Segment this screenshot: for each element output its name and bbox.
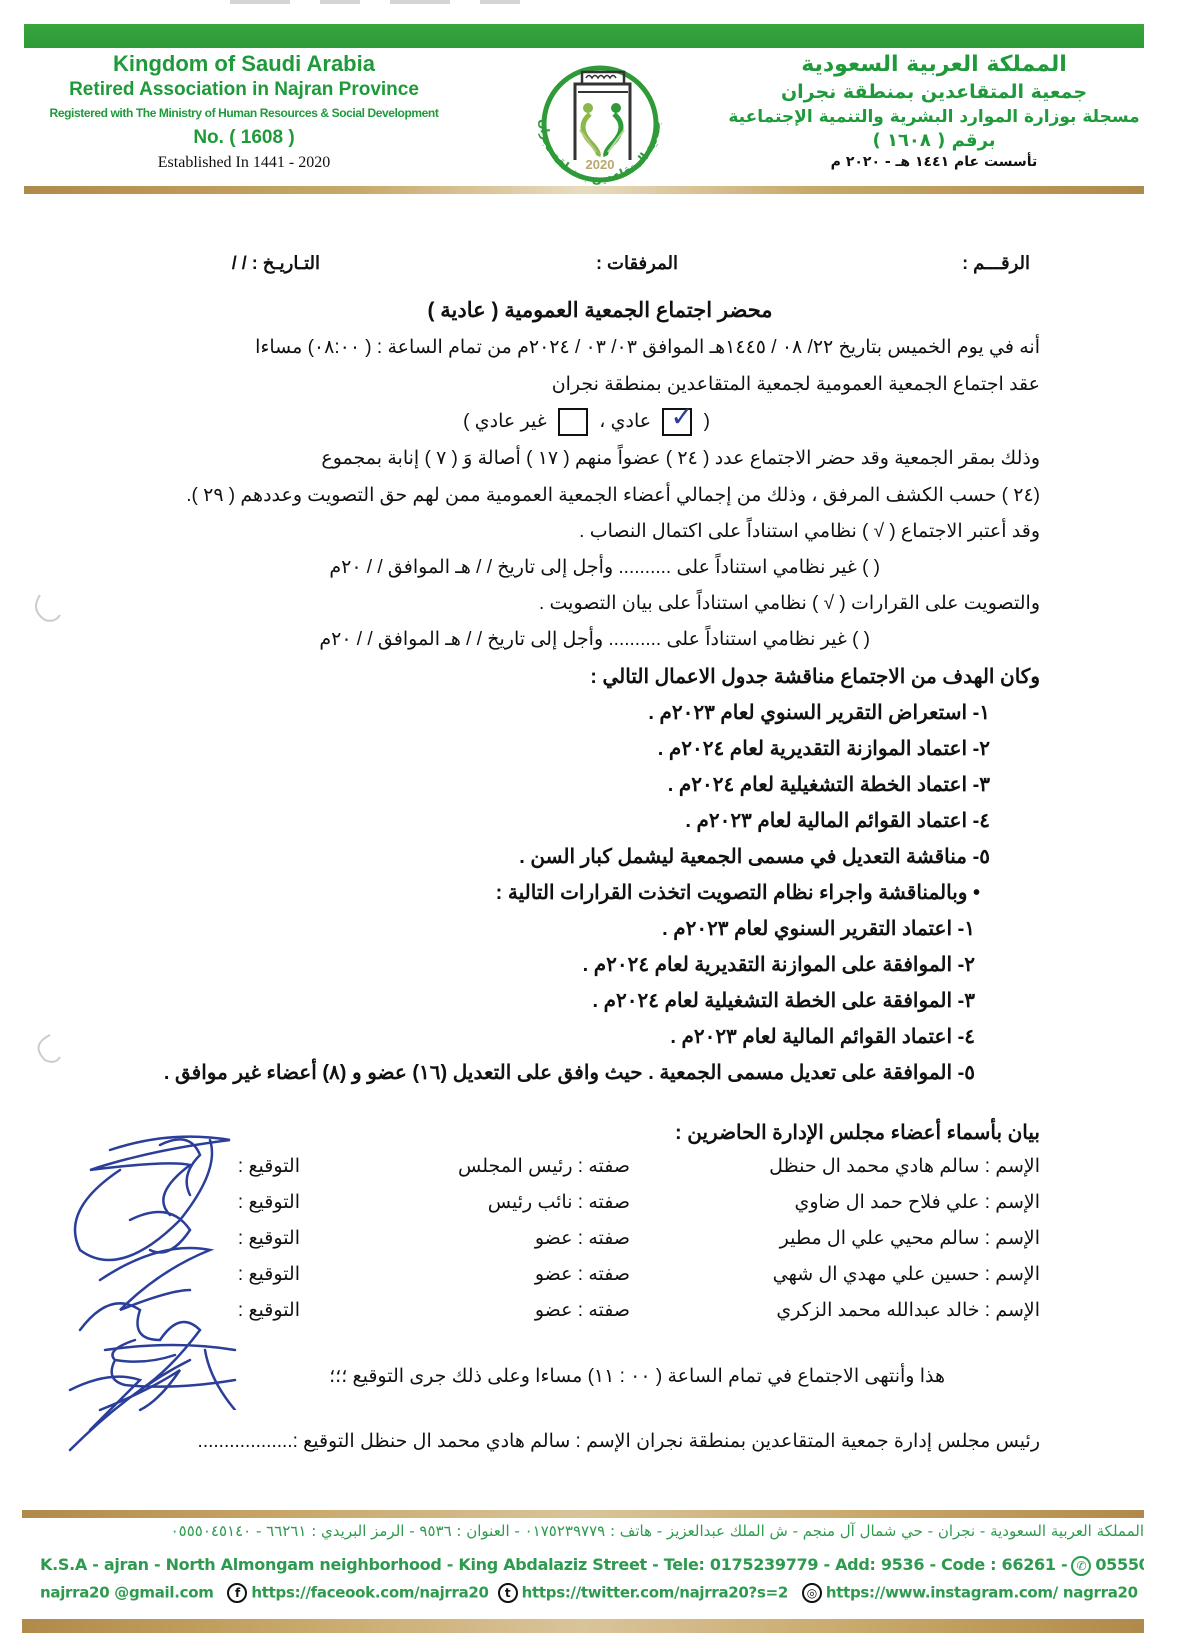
header-en-association: Retired Association in Najran Province [24,78,464,102]
member-signature-label: التوقيع : [238,1155,300,1178]
decision-item: ٢- الموافقة على الموازنة التقديرية لعام … [583,952,975,977]
extraordinary-checkbox[interactable] [558,408,588,436]
member-signature-label: التوقيع : [238,1263,300,1286]
reference-label: الرقـــم : [962,253,1030,274]
agenda-item: ٢- اعتماد الموازنة التقديرية لعام ٢٠٢٤م … [658,736,990,761]
facebook-icon: f [227,1583,247,1603]
document-title: محضر اجتماع الجمعية العمومية ( عادية ) [0,298,1200,323]
closing-line: هذا وأنتهى الاجتماع في تمام الساعة ( ٠٠ … [329,1365,945,1388]
header-ar-registered: مسجلة بوزارة الموارد البشرية والتنمية ال… [724,104,1144,130]
svg-text:2020: 2020 [586,157,615,172]
footer-gold-bar-top [22,1510,1144,1518]
header-ar-kingdom: المملكة العربية السعودية [724,50,1144,80]
member-name: الإسم : سالم هادي محمد ال حنظل [769,1155,1040,1178]
member-name: الإسم : علي فلاح حمد ال ضاوي [794,1191,1040,1214]
date-label: التـاريـخ : / / [232,253,320,274]
decision-item: ٤- اعتماد القوائم المالية لعام ٢٠٢٣م . [670,1024,975,1049]
header-ar-established: تأسست عام ١٤٤١ هـ - ٢٠٢٠ م [724,152,1144,172]
twitter-link[interactable]: https://twitter.com/najrra20?s=2 [522,1584,788,1602]
decision-item: ٥- الموافقة على تعديل مسمى الجمعية . حيث… [164,1060,975,1085]
member-role: صفته : عضو [535,1263,630,1286]
attachments-label: المرفقات : [596,253,678,274]
extraordinary-label: غير عادي ) [463,411,547,432]
footer-address-english: K.S.A - ajran - North Almongam neighborh… [40,1555,1144,1576]
association-logo-icon: 2020 جمعية المتقاعدين بمنطقة نجران [520,52,680,202]
facebook-link[interactable]: https://faceook.com/najrra20 [251,1584,488,1602]
member-signature-label: التوقيع : [238,1299,300,1322]
decisions-title: • وبالمناقشة واجراء نظام التصويت اتخذت ا… [496,880,980,905]
quorum-valid: وقد أعتبر الاجتماع ( √ ) نظامي استناداً … [579,520,1040,543]
header-en-kingdom: Kingdom of Saudi Arabia [24,50,464,78]
quorum-invalid: ( ) غير نظامي استناداً على .......... وأ… [329,556,880,579]
attendance-line2: (٢٤ ) حسب الكشف المرفق ، وذلك من إجمالي … [186,484,1040,507]
member-role: صفته : عضو [535,1299,630,1322]
footer-address-arabic: المملكة العربية السعودية - نجران - حي شم… [40,1522,1144,1540]
scan-artifact-icon [30,590,70,630]
chairman-signature-line: رئيس مجلس إدارة جمعية المتقاعدين بمنطقة … [198,1430,1040,1453]
instagram-link[interactable]: https://www.instagram.com/ nagrra20 [826,1584,1138,1602]
decision-item: ٣- الموافقة على الخطة التشغيلية لعام ٢٠٢… [593,988,975,1013]
header-en-established: Established In 1441 - 2020 [24,152,464,174]
member-role: صفته : نائب رئيس [488,1191,630,1214]
member-signature-label: التوقيع : [238,1227,300,1250]
voting-valid: والتصويت على القرارات ( √ ) نظامي استناد… [539,592,1040,615]
instagram-icon: ◎ [802,1583,822,1603]
header-green-bar [24,24,1144,48]
agenda-item: ٣- اعتماد الخطة التشغيلية لعام ٢٠٢٤م . [668,772,990,797]
member-name: الإسم : حسين علي مهدي ال شهي [773,1263,1040,1286]
whatsapp-icon: ✆ [1071,1556,1091,1576]
member-role: صفته : رئيس المجلس [458,1155,630,1178]
attendance-line1: وذلك بمقر الجمعية وقد حضر الاجتماع عدد (… [321,447,1040,470]
header-gold-bar [24,186,1144,194]
meeting-type-selector: ( ✓ عادي ، غير عادي ) [463,408,710,436]
footer-social-links: najrra20 @gmail.com fhttps://faceook.com… [40,1583,1144,1603]
intro-paragraph-line2: عقد اجتماع الجمعية العمومية لجمعية المتق… [552,373,1040,396]
ordinary-label: عادي ، [599,411,651,432]
board-members-title: بيان بأسماء أعضاء مجلس الإدارة الحاضرين … [675,1120,1040,1145]
agenda-item: ٤- اعتماد القوائم المالية لعام ٢٠٢٣م . [685,808,990,833]
check-mark-icon: ✓ [670,400,693,433]
header-english: Kingdom of Saudi Arabia Retired Associat… [24,50,464,174]
header-en-number: No. ( 1608 ) [24,124,464,152]
intro-paragraph-line1: أنه في يوم الخميس بتاريخ ٢٢/ ٠٨ / ١٤٤٥هـ… [255,336,1040,359]
decision-item: ١- اعتماد التقرير السنوي لعام ٢٠٢٣م . [662,916,975,941]
ordinary-checkbox[interactable]: ✓ [662,408,692,436]
agenda-title: وكان الهدف من الاجتماع مناقشة جدول الاعم… [590,664,1040,689]
header-ar-number: برقم ( ١٦٠٨ ) [724,130,1144,152]
footer-email[interactable]: najrra20 @gmail.com [40,1584,214,1602]
agenda-item: ٥- مناقشة التعديل في مسمى الجمعية ليشمل … [519,844,990,869]
header-arabic: المملكة العربية السعودية جمعية المتقاعدي… [724,50,1144,172]
scan-artifact-icon [30,1030,70,1070]
agenda-item: ١- استعراض التقرير السنوي لعام ٢٠٢٣م . [648,700,990,725]
scan-artifact [230,0,730,4]
member-name: الإسم : سالم محيي علي ال مطير [780,1227,1040,1250]
voting-invalid: ( ) غير نظامي استناداً على .......... وأ… [319,628,870,651]
member-role: صفته : عضو [535,1227,630,1250]
member-signature-label: التوقيع : [238,1191,300,1214]
twitter-icon: t [498,1583,518,1603]
header-en-registered: Registered with The Ministry of Human Re… [24,102,464,124]
whatsapp-number: 055504514 [1095,1555,1144,1574]
handwritten-signatures-icon [40,1130,330,1460]
member-name: الإسم : خالد عبدالله محمد الزكري [776,1299,1040,1322]
header-ar-association: جمعية المتقاعدين بمنطقة نجران [724,80,1144,104]
chairman-signature-icon [95,1330,255,1410]
footer-gold-bar-bottom [22,1619,1144,1633]
